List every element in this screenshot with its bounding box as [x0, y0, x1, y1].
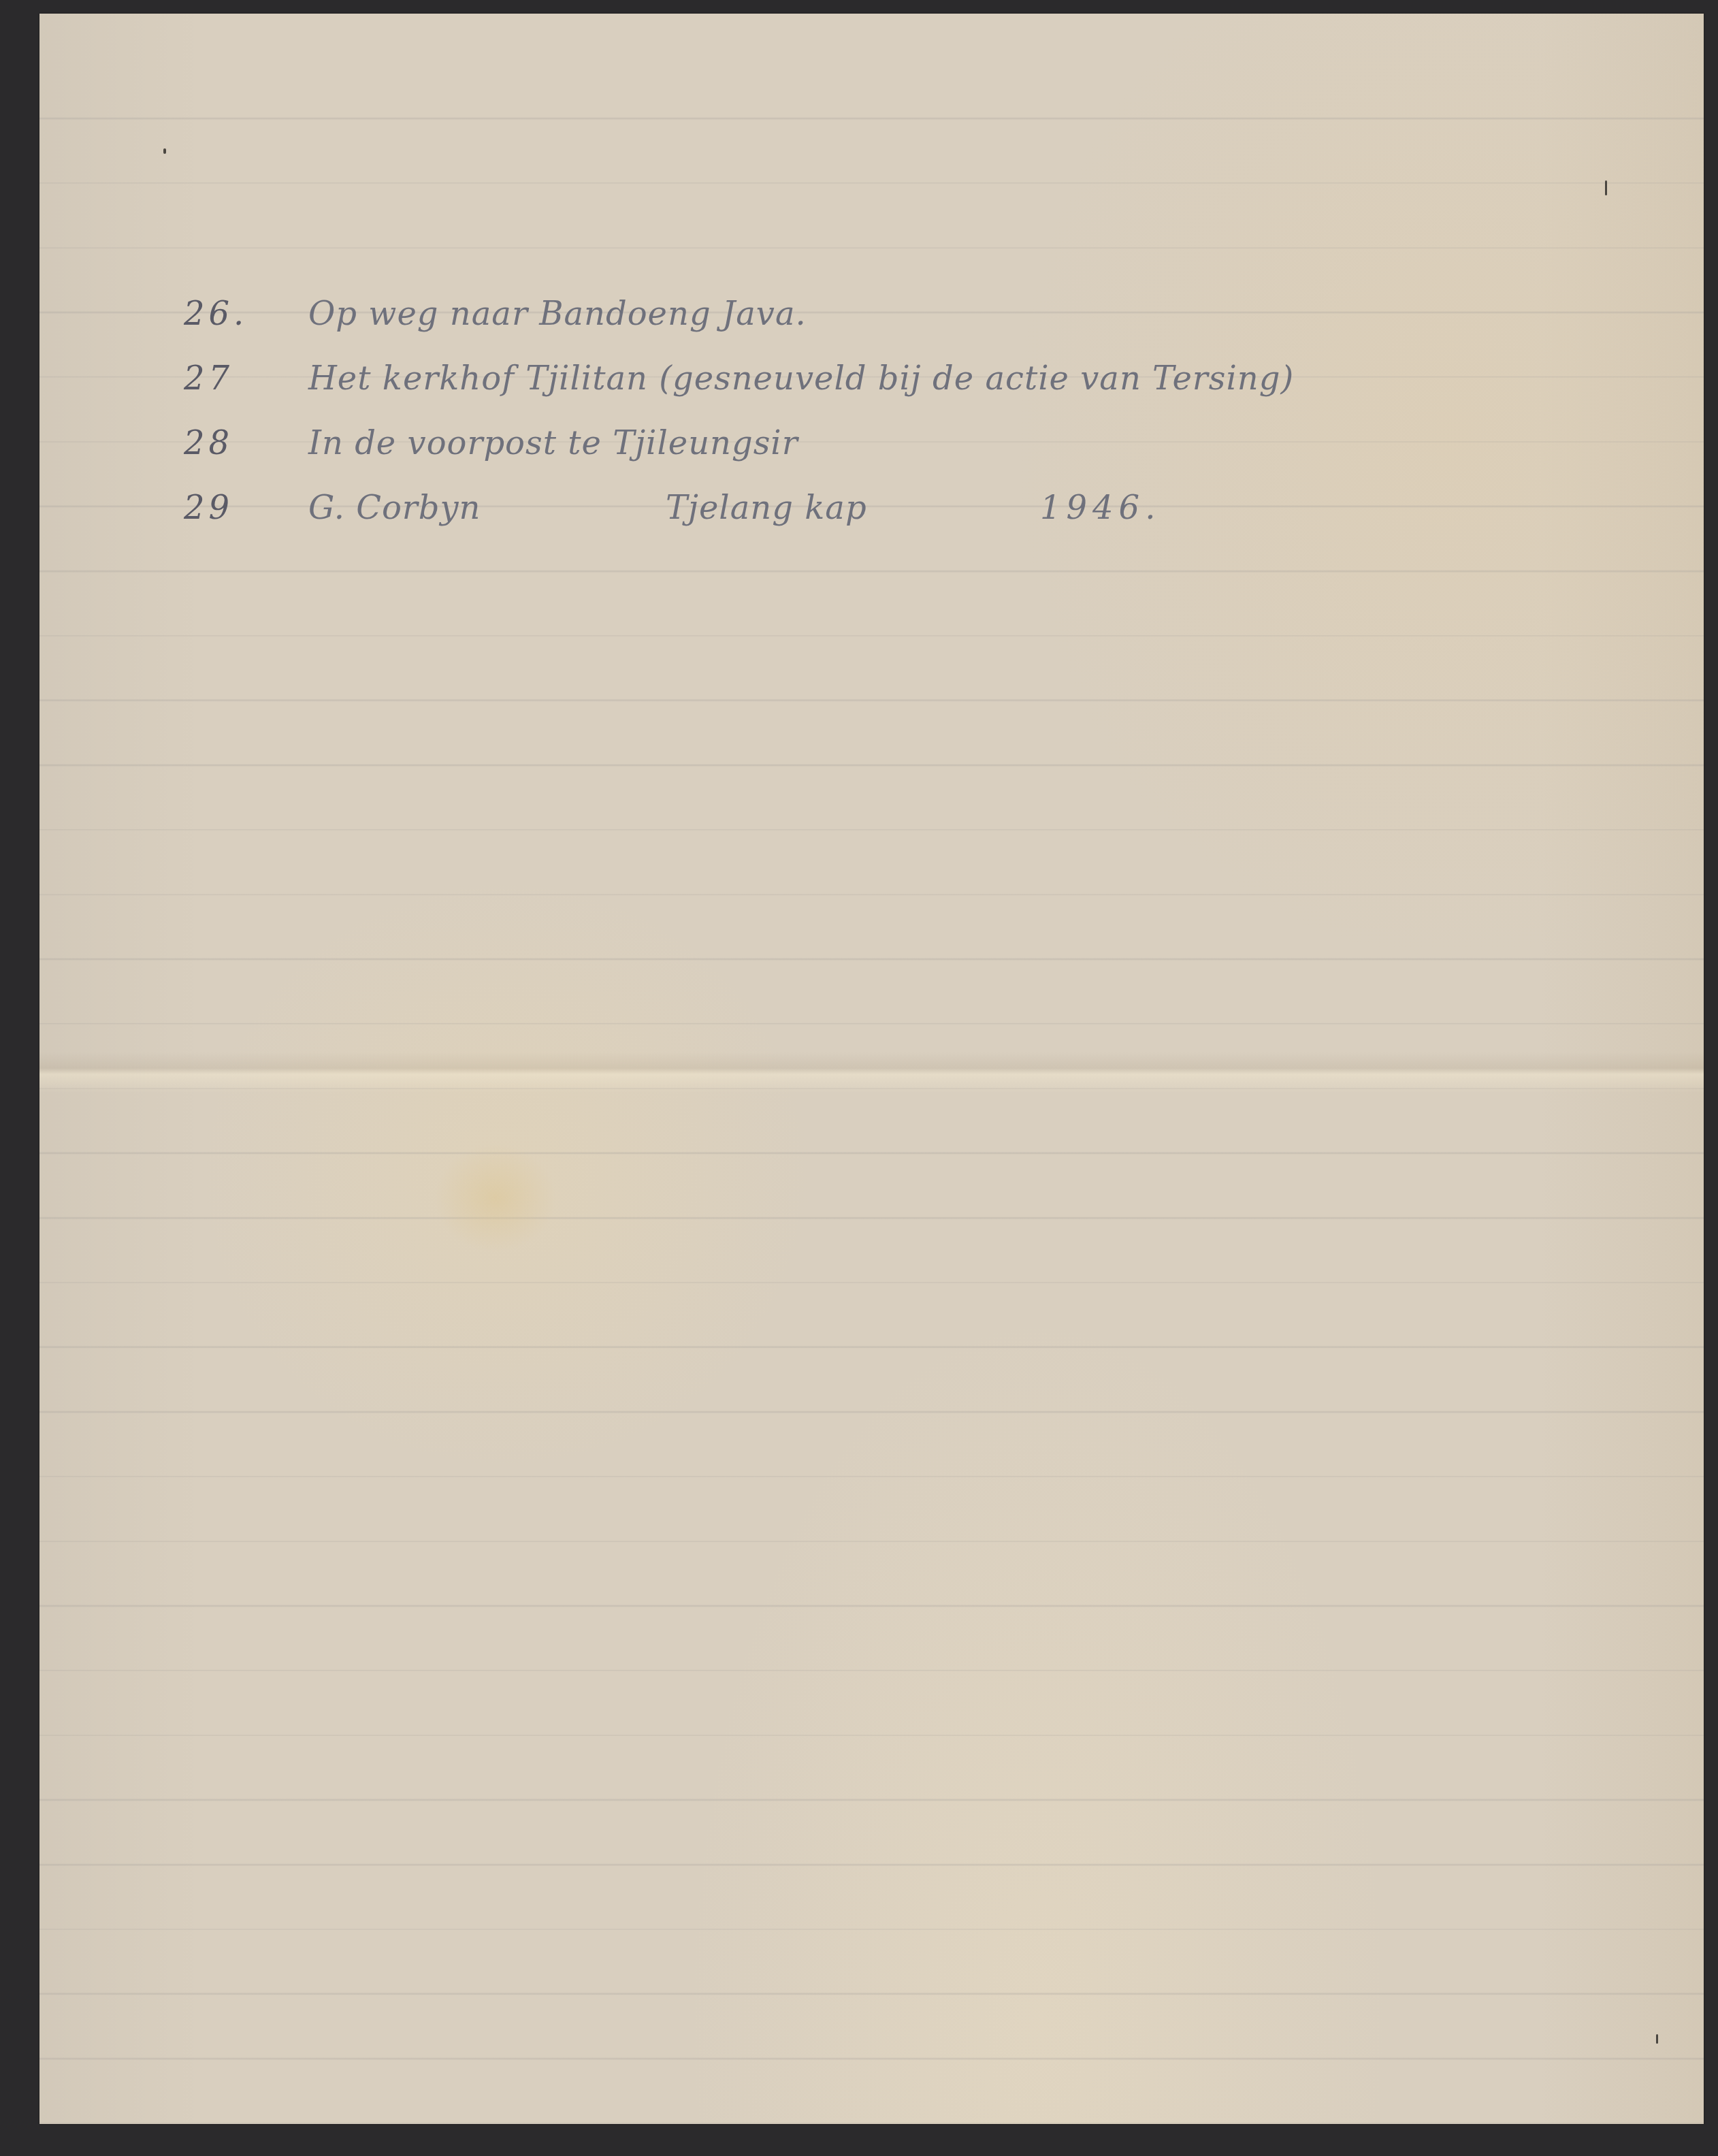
list-entry: 26. Op weg naar Bandoeng Java. — [142, 283, 1639, 347]
entry-text: Op weg naar Bandoeng Java. — [308, 295, 807, 333]
ink-speck — [1605, 180, 1607, 195]
list-entry: 27 Het kerkhof Tjilitan (gesneuveld bij … — [142, 347, 1639, 412]
list-entry: 29 G. Corbyn Tjelang kap 1946. — [142, 477, 1639, 541]
horizontal-fold-crease — [39, 1052, 1704, 1093]
ink-speck — [163, 148, 166, 154]
list-entry: 28 In de voorpost te Tjileungsir — [142, 412, 1639, 477]
ink-speck — [1656, 2034, 1658, 2044]
paper-sheet: 26. Op weg naar Bandoeng Java. 27 Het ke… — [39, 14, 1704, 2124]
entry-number: 27 — [184, 359, 233, 398]
entry-text: Het kerkhof Tjilitan (gesneuveld bij de … — [308, 359, 1294, 398]
entry-place: Tjelang kap — [666, 489, 867, 527]
entry-text: In de voorpost te Tjileungsir — [308, 424, 798, 462]
entry-number: 29 — [184, 489, 233, 527]
entry-number: 26. — [184, 295, 248, 333]
entry-signature: G. Corbyn — [308, 489, 481, 527]
entry-year: 1946. — [1040, 489, 1161, 527]
entry-number: 28 — [184, 424, 233, 462]
paper-stain — [434, 1144, 557, 1253]
handwritten-entry-list: 26. Op weg naar Bandoeng Java. 27 Het ke… — [142, 283, 1639, 541]
